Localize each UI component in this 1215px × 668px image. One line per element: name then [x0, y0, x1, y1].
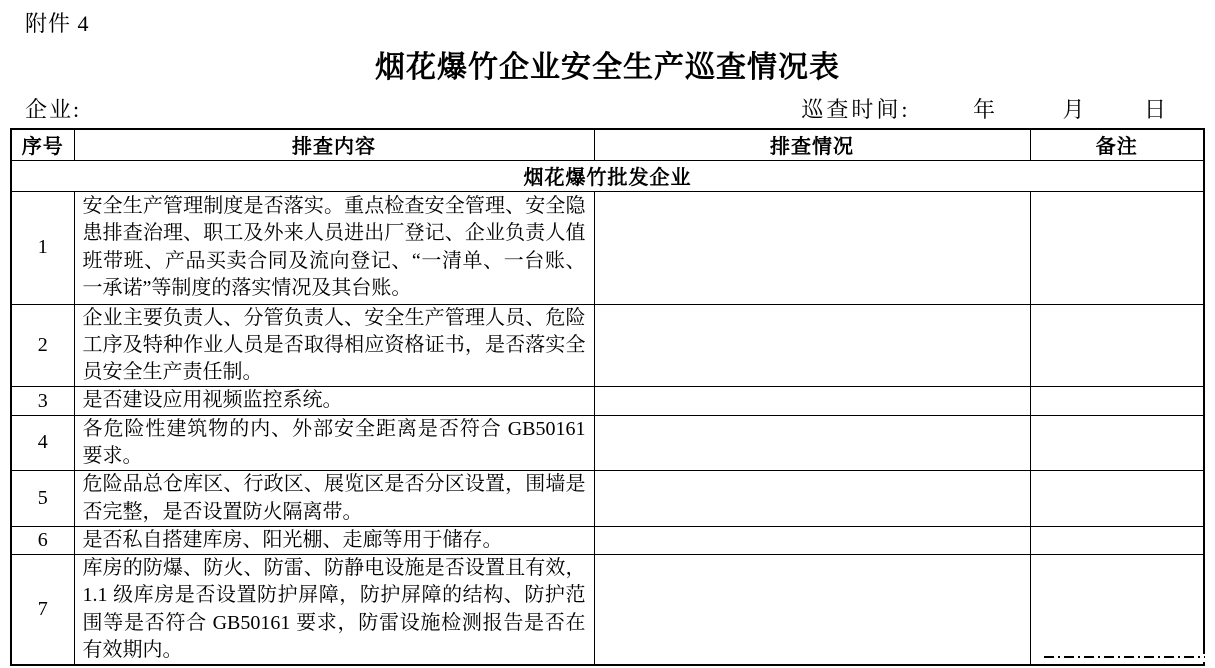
situation-cell[interactable] [594, 387, 1030, 415]
situation-cell[interactable] [594, 415, 1030, 471]
inspection-time-label: 巡查时间: [801, 97, 910, 122]
month-label: 月 [1062, 97, 1087, 122]
situation-cell[interactable] [594, 526, 1030, 554]
row-number: 6 [11, 526, 74, 554]
inspection-time-group: 巡查时间: 年 月 日 [801, 93, 1169, 124]
header-seq-no: 序号 [11, 129, 74, 160]
meta-row: 企业: 巡查时间: 年 月 日 [25, 93, 1215, 123]
table-row: 4 各危险性建筑物的内、外部安全距离是否符合 GB50161 要求。 [11, 415, 1204, 471]
page-break-dashed-border [1044, 653, 1205, 662]
remark-cell[interactable] [1030, 526, 1204, 554]
page-title: 烟花爆竹企业安全生产巡查情况表 [0, 42, 1215, 86]
corner-tick [1203, 645, 1205, 654]
row-number: 7 [11, 555, 74, 666]
check-content: 安全生产管理制度是否落实。重点检查安全管理、安全隐患排查治理、职工及外来人员进出… [74, 191, 594, 304]
inspection-table: 序号 排查内容 排查情况 备注 烟花爆竹批发企业 1 安全生产管理制度是否落实。… [10, 128, 1205, 666]
check-content: 是否建设应用视频监控系统。 [74, 387, 594, 415]
table-header-row: 序号 排查内容 排查情况 备注 [11, 129, 1204, 160]
header-check-content: 排查内容 [74, 129, 594, 160]
check-content: 是否私自搭建库房、阳光棚、走廊等用于储存。 [74, 526, 594, 554]
remark-cell[interactable] [1030, 387, 1204, 415]
day-label: 日 [1144, 97, 1169, 122]
attachment-label: 附件 4 [25, 7, 90, 38]
row-number: 5 [11, 471, 74, 527]
remark-cell[interactable] [1030, 415, 1204, 471]
row-number: 4 [11, 415, 74, 471]
table-row: 1 安全生产管理制度是否落实。重点检查安全管理、安全隐患排查治理、职工及外来人员… [11, 191, 1204, 304]
header-remark: 备注 [1030, 129, 1204, 160]
dashed-line [1044, 656, 1205, 658]
row-number: 3 [11, 387, 74, 415]
table-row: 2 企业主要负责人、分管负责人、安全生产管理人员、危险工序及特种作业人员是否取得… [11, 304, 1204, 387]
section-title: 烟花爆竹批发企业 [11, 160, 1204, 191]
situation-cell[interactable] [594, 304, 1030, 387]
remark-cell[interactable] [1030, 304, 1204, 387]
row-number: 1 [11, 191, 74, 304]
remark-cell[interactable] [1030, 191, 1204, 304]
table-row: 5 危险品总仓库区、行政区、展览区是否分区设置，围墙是否完整，是否设置防火隔离带… [11, 471, 1204, 527]
document-page: 附件 4 烟花爆竹企业安全生产巡查情况表 企业: 巡查时间: 年 月 日 序号 … [0, 0, 1215, 668]
remark-cell[interactable] [1030, 471, 1204, 527]
table-row: 3 是否建设应用视频监控系统。 [11, 387, 1204, 415]
check-content: 危险品总仓库区、行政区、展览区是否分区设置，围墙是否完整，是否设置防火隔离带。 [74, 471, 594, 527]
situation-cell[interactable] [594, 555, 1030, 666]
table-row: 7 库房的防爆、防火、防雷、防静电设施是否设置且有效，1.1 级库房是否设置防护… [11, 555, 1204, 666]
header-check-situation: 排查情况 [594, 129, 1030, 160]
situation-cell[interactable] [594, 471, 1030, 527]
remark-cell[interactable] [1030, 555, 1204, 666]
section-row: 烟花爆竹批发企业 [11, 160, 1204, 191]
check-content: 企业主要负责人、分管负责人、安全生产管理人员、危险工序及特种作业人员是否取得相应… [74, 304, 594, 387]
check-content: 库房的防爆、防火、防雷、防静电设施是否设置且有效，1.1 级库房是否设置防护屏障… [74, 555, 594, 666]
table-row: 6 是否私自搭建库房、阳光棚、走廊等用于储存。 [11, 526, 1204, 554]
row-number: 2 [11, 304, 74, 387]
year-label: 年 [973, 97, 998, 122]
situation-cell[interactable] [594, 191, 1030, 304]
enterprise-label: 企业: [25, 93, 81, 124]
check-content: 各危险性建筑物的内、外部安全距离是否符合 GB50161 要求。 [74, 415, 594, 471]
